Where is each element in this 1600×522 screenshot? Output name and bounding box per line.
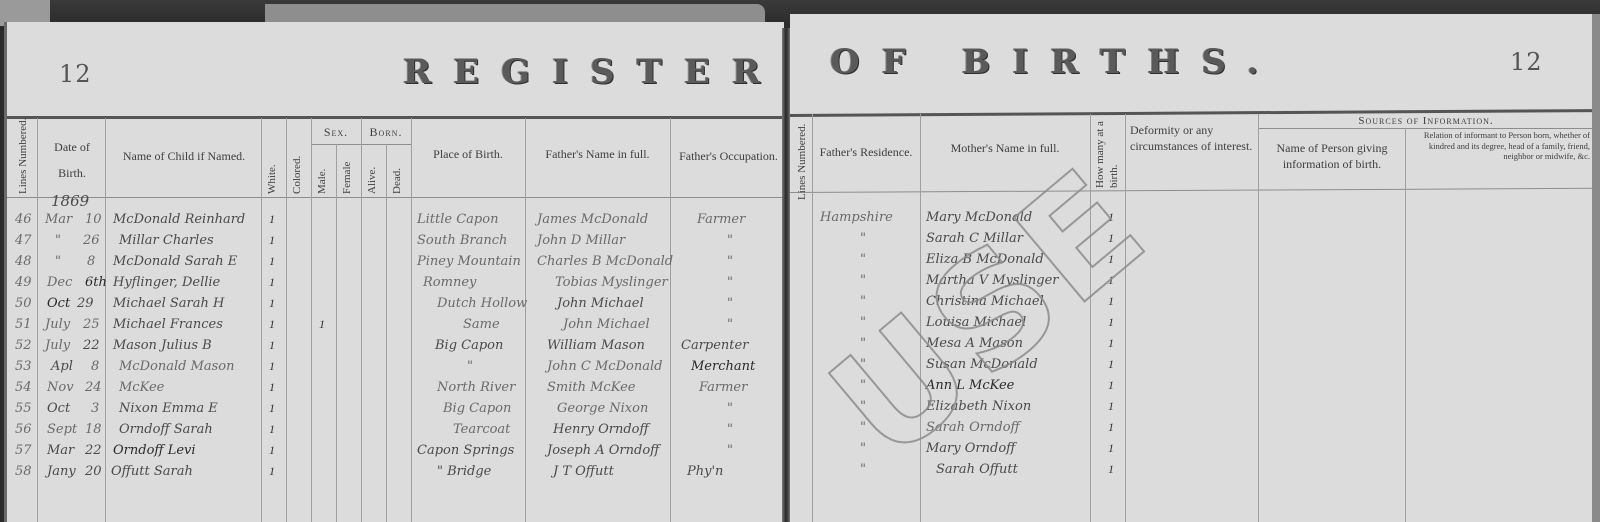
page-number: 12 (59, 60, 92, 88)
col-name-of-child: Name of Child if Named. (107, 148, 261, 164)
header-rule (7, 116, 784, 119)
entry-row: " Sarah Orndoff 1 (790, 420, 1594, 441)
entry-row: 52 July 22 Mason Julius B 1 Big Capon Wi… (7, 338, 784, 359)
col-group-born: Born. (361, 124, 411, 140)
entry-row: 56 Sept 18 Orndoff Sarah 1 Tearcoat Henr… (7, 422, 784, 443)
page-edge (1592, 14, 1600, 522)
col-how-many: How many at a birth. (1093, 118, 1121, 188)
entry-row: " Martha V Myslinger 1 (790, 273, 1594, 294)
year-label: 1869 (51, 192, 89, 210)
entry-row: " Christina Michael 1 (790, 294, 1594, 315)
register-title: REGISTER (403, 52, 782, 92)
entry-row: " Louisa Michael 1 (790, 315, 1594, 336)
births-title: OF BIRTHS. (830, 42, 1281, 82)
col-mothers-name: Mother's Name in full. (920, 140, 1090, 156)
entry-row: 54 Nov 24 McKee 1 North River Smith McKe… (7, 380, 784, 401)
col-place-of-birth: Place of Birth. (411, 146, 525, 162)
entry-row: " Elizabeth Nixon 1 (790, 399, 1594, 420)
entry-row: " Ann L McKee 1 (790, 378, 1594, 399)
col-colored: Colored. (291, 146, 303, 194)
col-lines-numbered: Lines Numbered. (796, 130, 808, 200)
col-female: Female (341, 152, 353, 194)
entry-row: 49 Dec 6th Hyflinger, Dellie 1 Romney To… (7, 275, 784, 296)
col-group-sex: Sex. (311, 124, 361, 140)
col-fathers-occupation: Father's Occupation. (670, 148, 784, 164)
col-dead: Dead. (391, 152, 403, 194)
right-page: OF BIRTHS. 12 Lines Numbered. Father's R… (790, 14, 1594, 522)
entry-row: " Eliza B McDonald 1 (790, 252, 1594, 273)
col-white: White. (266, 146, 278, 194)
entry-row: 47 " 26 Millar Charles 1 South Branch Jo… (7, 233, 784, 254)
entry-row: 48 " 8 McDonald Sarah E 1 Piney Mountain… (7, 254, 784, 275)
col-group-sources: Sources of Information. (1258, 114, 1594, 129)
entry-row: " Mary Orndoff 1 (790, 441, 1594, 462)
col-informant-name: Name of Person giving information of bir… (1262, 140, 1402, 172)
entry-row: 46 Mar 10 McDonald Reinhard 1 Little Cap… (7, 212, 784, 233)
header-bottom-rule (790, 188, 1594, 193)
page-number: 12 (1510, 48, 1543, 76)
group-rule (312, 144, 412, 145)
entry-row: 51 July 25 Michael Frances 1 1 Same John… (7, 317, 784, 338)
entry-row: Hampshire Mary McDonald 1 (790, 210, 1594, 231)
col-lines-numbered: Lines Numbered. (17, 124, 29, 194)
col-date-of-birth: Date of Birth. (39, 134, 105, 186)
entry-row: 58 Jany 20 Offutt Sarah 1 " Bridge J T O… (7, 464, 784, 485)
header-bottom-rule (7, 197, 784, 198)
entry-row: 53 Apl 8 McDonald Mason 1 " John C McDon… (7, 359, 784, 380)
entry-row: 55 Oct 3 Nixon Emma E 1 Big Capon George… (7, 401, 784, 422)
left-page: 12 REGISTER Lines Numbered. Date of Birt… (4, 22, 784, 522)
entry-row: " Sarah Offutt 1 (790, 462, 1594, 483)
entry-row: " Susan McDonald 1 (790, 357, 1594, 378)
entry-row: 57 Mar 22 Orndoff Levi 1 Capon Springs J… (7, 443, 784, 464)
entry-row: 50 Oct 29 Michael Sarah H 1 Dutch Hollow… (7, 296, 784, 317)
col-fathers-name: Father's Name in full. (525, 146, 670, 162)
col-male: Male. (316, 152, 328, 194)
col-alive: Alive. (366, 152, 378, 194)
col-deformity: Deformity or any circumstances of intere… (1130, 122, 1254, 154)
col-informant-relation: Relation of informant to Person born, wh… (1410, 130, 1590, 162)
col-fathers-residence: Father's Residence. (812, 144, 920, 160)
entry-row: " Mesa A Mason 1 (790, 336, 1594, 357)
entry-row: " Sarah C Millar 1 (790, 231, 1594, 252)
